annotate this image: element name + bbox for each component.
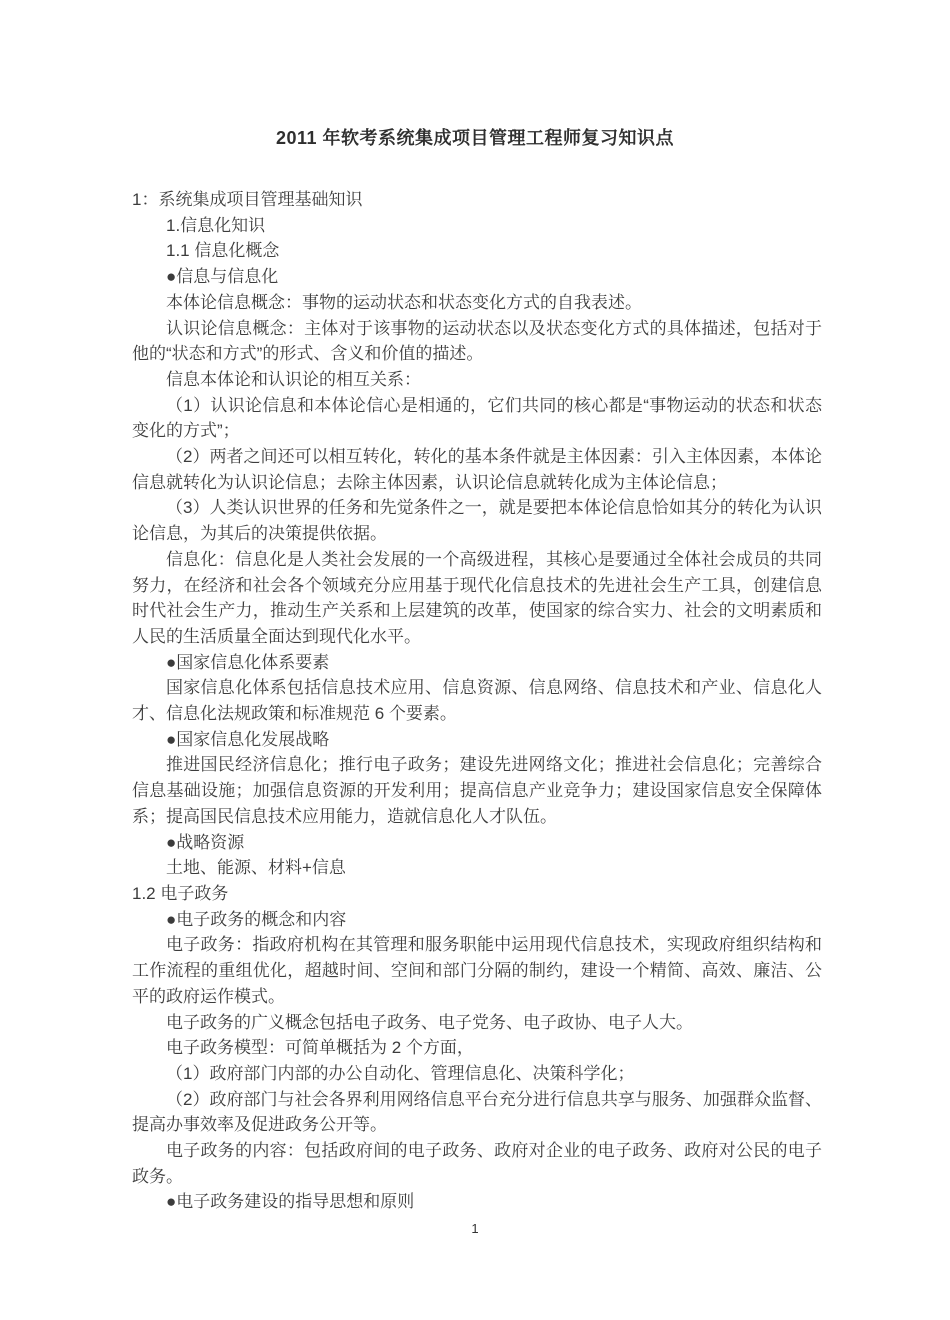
paragraph: 本体论信息概念：事物的运动状态和状态变化方式的自我表述。 — [132, 290, 822, 316]
paragraph: 认识论信息概念：主体对于该事物的运动状态以及状态变化方式的具体描述，包括对于他的… — [132, 316, 822, 367]
paragraph: 推进国民经济信息化；推行电子政务；建设先进网络文化；推进社会信息化；完善综合信息… — [132, 752, 822, 829]
paragraph: 1：系统集成项目管理基础知识 — [132, 187, 822, 213]
document-title: 2011 年软考系统集成项目管理工程师复习知识点 — [0, 124, 950, 150]
page-number: 1 — [0, 1221, 950, 1236]
paragraph: 1.1 信息化概念 — [132, 238, 822, 264]
paragraph: （2）政府部门与社会各界利用网络信息平台充分进行信息共享与服务、加强群众监督、提… — [132, 1087, 822, 1138]
paragraph: ●战略资源 — [132, 830, 822, 856]
document-body: 1：系统集成项目管理基础知识1.信息化知识1.1 信息化概念●信息与信息化本体论… — [132, 187, 822, 1215]
paragraph: 电子政务模型：可简单概括为 2 个方面， — [132, 1035, 822, 1061]
paragraph: ●国家信息化发展战略 — [132, 727, 822, 753]
paragraph: 信息化：信息化是人类社会发展的一个高级进程，其核心是要通过全体社会成员的共同努力… — [132, 547, 822, 650]
paragraph: ●国家信息化体系要素 — [132, 650, 822, 676]
paragraph: 信息本体论和认识论的相互关系： — [132, 367, 822, 393]
paragraph: ●电子政务的概念和内容 — [132, 907, 822, 933]
paragraph: （3）人类认识世界的任务和先觉条件之一，就是要把本体论信息恰如其分的转化为认识论… — [132, 495, 822, 546]
paragraph: 电子政务的广义概念包括电子政务、电子党务、电子政协、电子人大。 — [132, 1010, 822, 1036]
paragraph: 电子政务的内容：包括政府间的电子政务、政府对企业的电子政务、政府对公民的电子政务… — [132, 1138, 822, 1189]
paragraph: 国家信息化体系包括信息技术应用、信息资源、信息网络、信息技术和产业、信息化人才、… — [132, 675, 822, 726]
paragraph: （2）两者之间还可以相互转化，转化的基本条件就是主体因素：引入主体因素，本体论信… — [132, 444, 822, 495]
paragraph: ●电子政务建设的指导思想和原则 — [132, 1189, 822, 1215]
paragraph: 1.2 电子政务 — [132, 881, 822, 907]
document-page: 2011 年软考系统集成项目管理工程师复习知识点 1：系统集成项目管理基础知识1… — [0, 0, 950, 1320]
paragraph: （1）政府部门内部的办公自动化、管理信息化、决策科学化； — [132, 1061, 822, 1087]
paragraph: 土地、能源、材料+信息 — [132, 855, 822, 881]
paragraph: 1.信息化知识 — [132, 213, 822, 239]
paragraph: 电子政务：指政府机构在其管理和服务职能中运用现代信息技术，实现政府组织结构和工作… — [132, 932, 822, 1009]
paragraph: （1）认识论信息和本体论信心是相通的，它们共同的核心都是“事物运动的状态和状态变… — [132, 393, 822, 444]
paragraph: ●信息与信息化 — [132, 264, 822, 290]
